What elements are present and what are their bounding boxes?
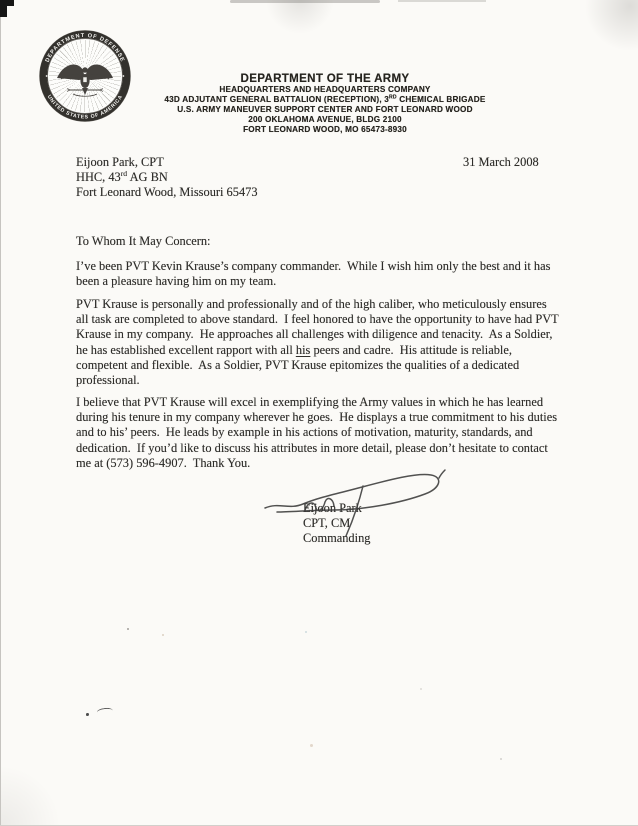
scan-speck: [162, 634, 164, 636]
letterhead: DEPARTMENT OF THE ARMY HEADQUARTERS AND …: [130, 72, 520, 135]
body-line: and to his’ peers. He leads by example i…: [76, 425, 581, 440]
sender-name: Eijoon Park, CPT: [76, 155, 581, 170]
sender-unit-text: AG BN: [127, 170, 168, 184]
scan-edge-left: [0, 0, 1, 826]
scan-smudge: [230, 0, 380, 3]
letterhead-line-text: 43D ADJUTANT GENERAL BATTALION (RECEPTIO…: [164, 95, 389, 104]
signature-ink: [255, 468, 455, 546]
scan-speck: [127, 628, 129, 630]
letterhead-line: FORT LEONARD WOOD, MO 65473-8930: [130, 125, 520, 135]
scan-speck: [305, 631, 307, 633]
scan-speck: [500, 758, 502, 760]
paragraph-3: I believe that PVT Krause will excel in …: [76, 395, 581, 471]
body-line: professional.: [76, 373, 581, 388]
letterhead-line: HEADQUARTERS AND HEADQUARTERS COMPANY: [130, 85, 520, 95]
body-line-text: peers and cadre. His attitude is reliabl…: [310, 343, 512, 357]
underlined-word: his: [296, 343, 310, 357]
scan-speck: [420, 688, 422, 690]
scan-smudge: [398, 0, 486, 2]
sender-address-block: Eijoon Park, CPT HHC, 43rd AG BN Fort Le…: [76, 155, 581, 201]
body-line: PVT Krause is personally and professiona…: [76, 297, 581, 312]
letterhead-line: U.S. ARMY MANEUVER SUPPORT CENTER AND FO…: [130, 105, 520, 115]
body-line: Krause in my company. He approaches all …: [76, 327, 581, 342]
letterhead-line: DEPARTMENT OF THE ARMY: [130, 72, 520, 85]
body-line: competent and flexible. As a Soldier, PV…: [76, 358, 581, 373]
scan-speck: [310, 744, 313, 747]
stray-ink-mark: [86, 713, 89, 716]
stray-ink-mark: [97, 707, 114, 716]
paragraph-2: PVT Krause is personally and professiona…: [76, 297, 581, 388]
sender-unit: HHC, 43rd AG BN: [76, 170, 581, 185]
sender-unit-text: HHC, 43: [76, 170, 121, 184]
body-line-text: he has established excellent rapport wit…: [76, 343, 296, 357]
scan-corner-artifact: [0, 0, 14, 6]
body-line: I’ve been PVT Kevin Krause’s company com…: [76, 259, 581, 274]
seal-eagle-icon: [49, 40, 121, 112]
body-line: during his tenure in my company wherever…: [76, 410, 581, 425]
letterhead-line: 200 OKLAHOMA AVENUE, BLDG 2100: [130, 115, 520, 125]
body-line: dedication. If you’d like to discuss his…: [76, 441, 581, 456]
paragraph-1: I’ve been PVT Kevin Krause’s company com…: [76, 259, 581, 289]
letterhead-line-text: CHEMICAL BRIGADE: [397, 95, 486, 104]
salutation: To Whom It May Concern:: [76, 234, 581, 249]
scanned-letter-page: DEPARTMENT OF DEFENSE UNITED STATES OF A…: [0, 0, 638, 826]
ordinal-superscript: RD: [389, 94, 397, 100]
body-line: been a pleasure having him on my team.: [76, 274, 581, 289]
body-line: he has established excellent rapport wit…: [76, 343, 581, 358]
sender-location: Fort Leonard Wood, Missouri 65473: [76, 185, 581, 200]
body-line: all task are completed to above standard…: [76, 312, 581, 327]
body-line: I believe that PVT Krause will excel in …: [76, 395, 581, 410]
letterhead-line: 43D ADJUTANT GENERAL BATTALION (RECEPTIO…: [130, 95, 520, 105]
